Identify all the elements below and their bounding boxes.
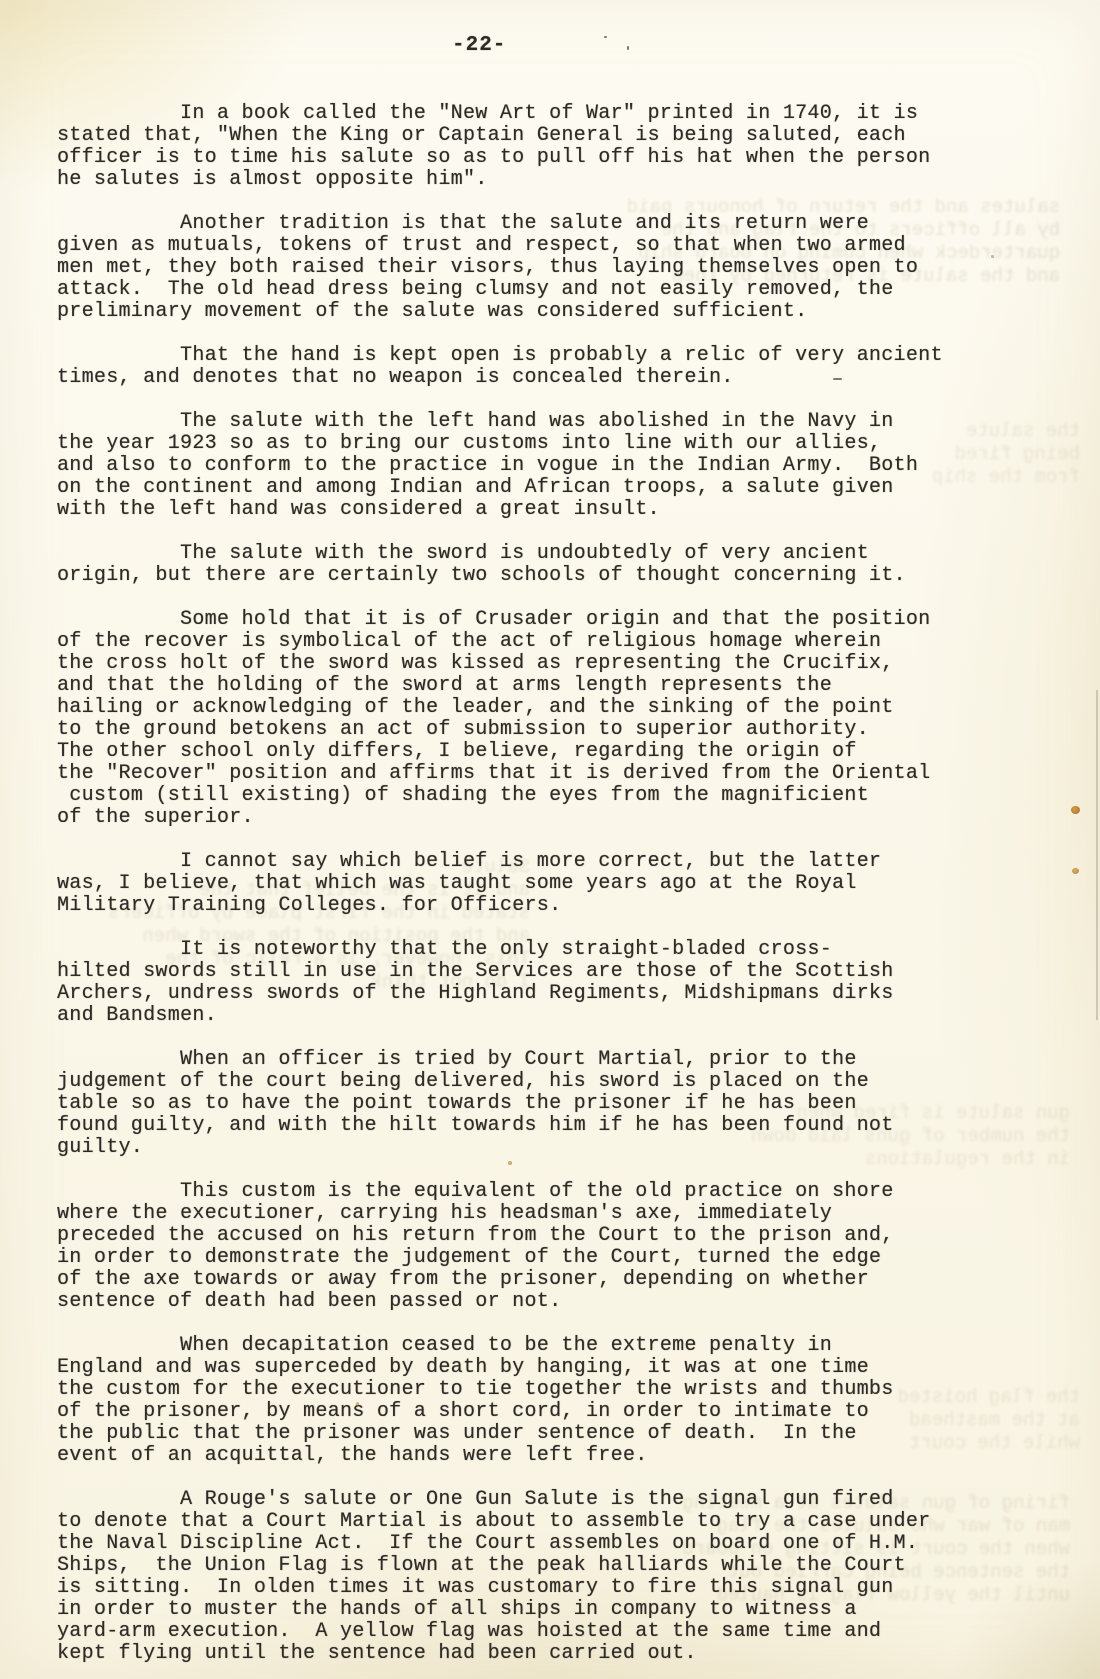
paragraph: I cannot say which belief is more correc…	[57, 851, 943, 917]
paragraph: This custom is the equivalent of the old…	[57, 1181, 943, 1313]
paragraph: That the hand is kept open is probably a…	[57, 345, 943, 389]
paragraph: It is noteworthy that the only straight-…	[57, 939, 943, 1027]
paragraph: Another tradition is that the salute and…	[57, 213, 943, 323]
page-number: -22-	[452, 34, 506, 57]
page-edge-shading	[1096, 690, 1098, 1020]
paragraph: When decapitation ceased to be the extre…	[57, 1335, 943, 1467]
foxing-spot	[1071, 806, 1080, 814]
foxing-spot	[356, 1402, 359, 1406]
foxing-spot	[1072, 868, 1079, 874]
ink-speck	[833, 378, 842, 380]
paragraph: A Rouge's salute or One Gun Salute is th…	[57, 1489, 943, 1665]
paragraph: The salute with the sword is undoubtedly…	[57, 543, 943, 587]
scanned-page: salutes and the return of honours paid b…	[0, 0, 1100, 1679]
document-body: In a book called the "New Art of War" pr…	[57, 103, 943, 1679]
ink-speck	[604, 36, 607, 38]
paragraph: The salute with the left hand was abolis…	[57, 411, 943, 521]
ink-speck	[991, 255, 994, 258]
ink-speck	[627, 46, 629, 50]
paragraph: In a book called the "New Art of War" pr…	[57, 103, 943, 191]
foxing-spot	[508, 1161, 512, 1165]
paragraph: When an officer is tried by Court Martia…	[57, 1049, 943, 1159]
paragraph: Some hold that it is of Crusader origin …	[57, 609, 943, 829]
